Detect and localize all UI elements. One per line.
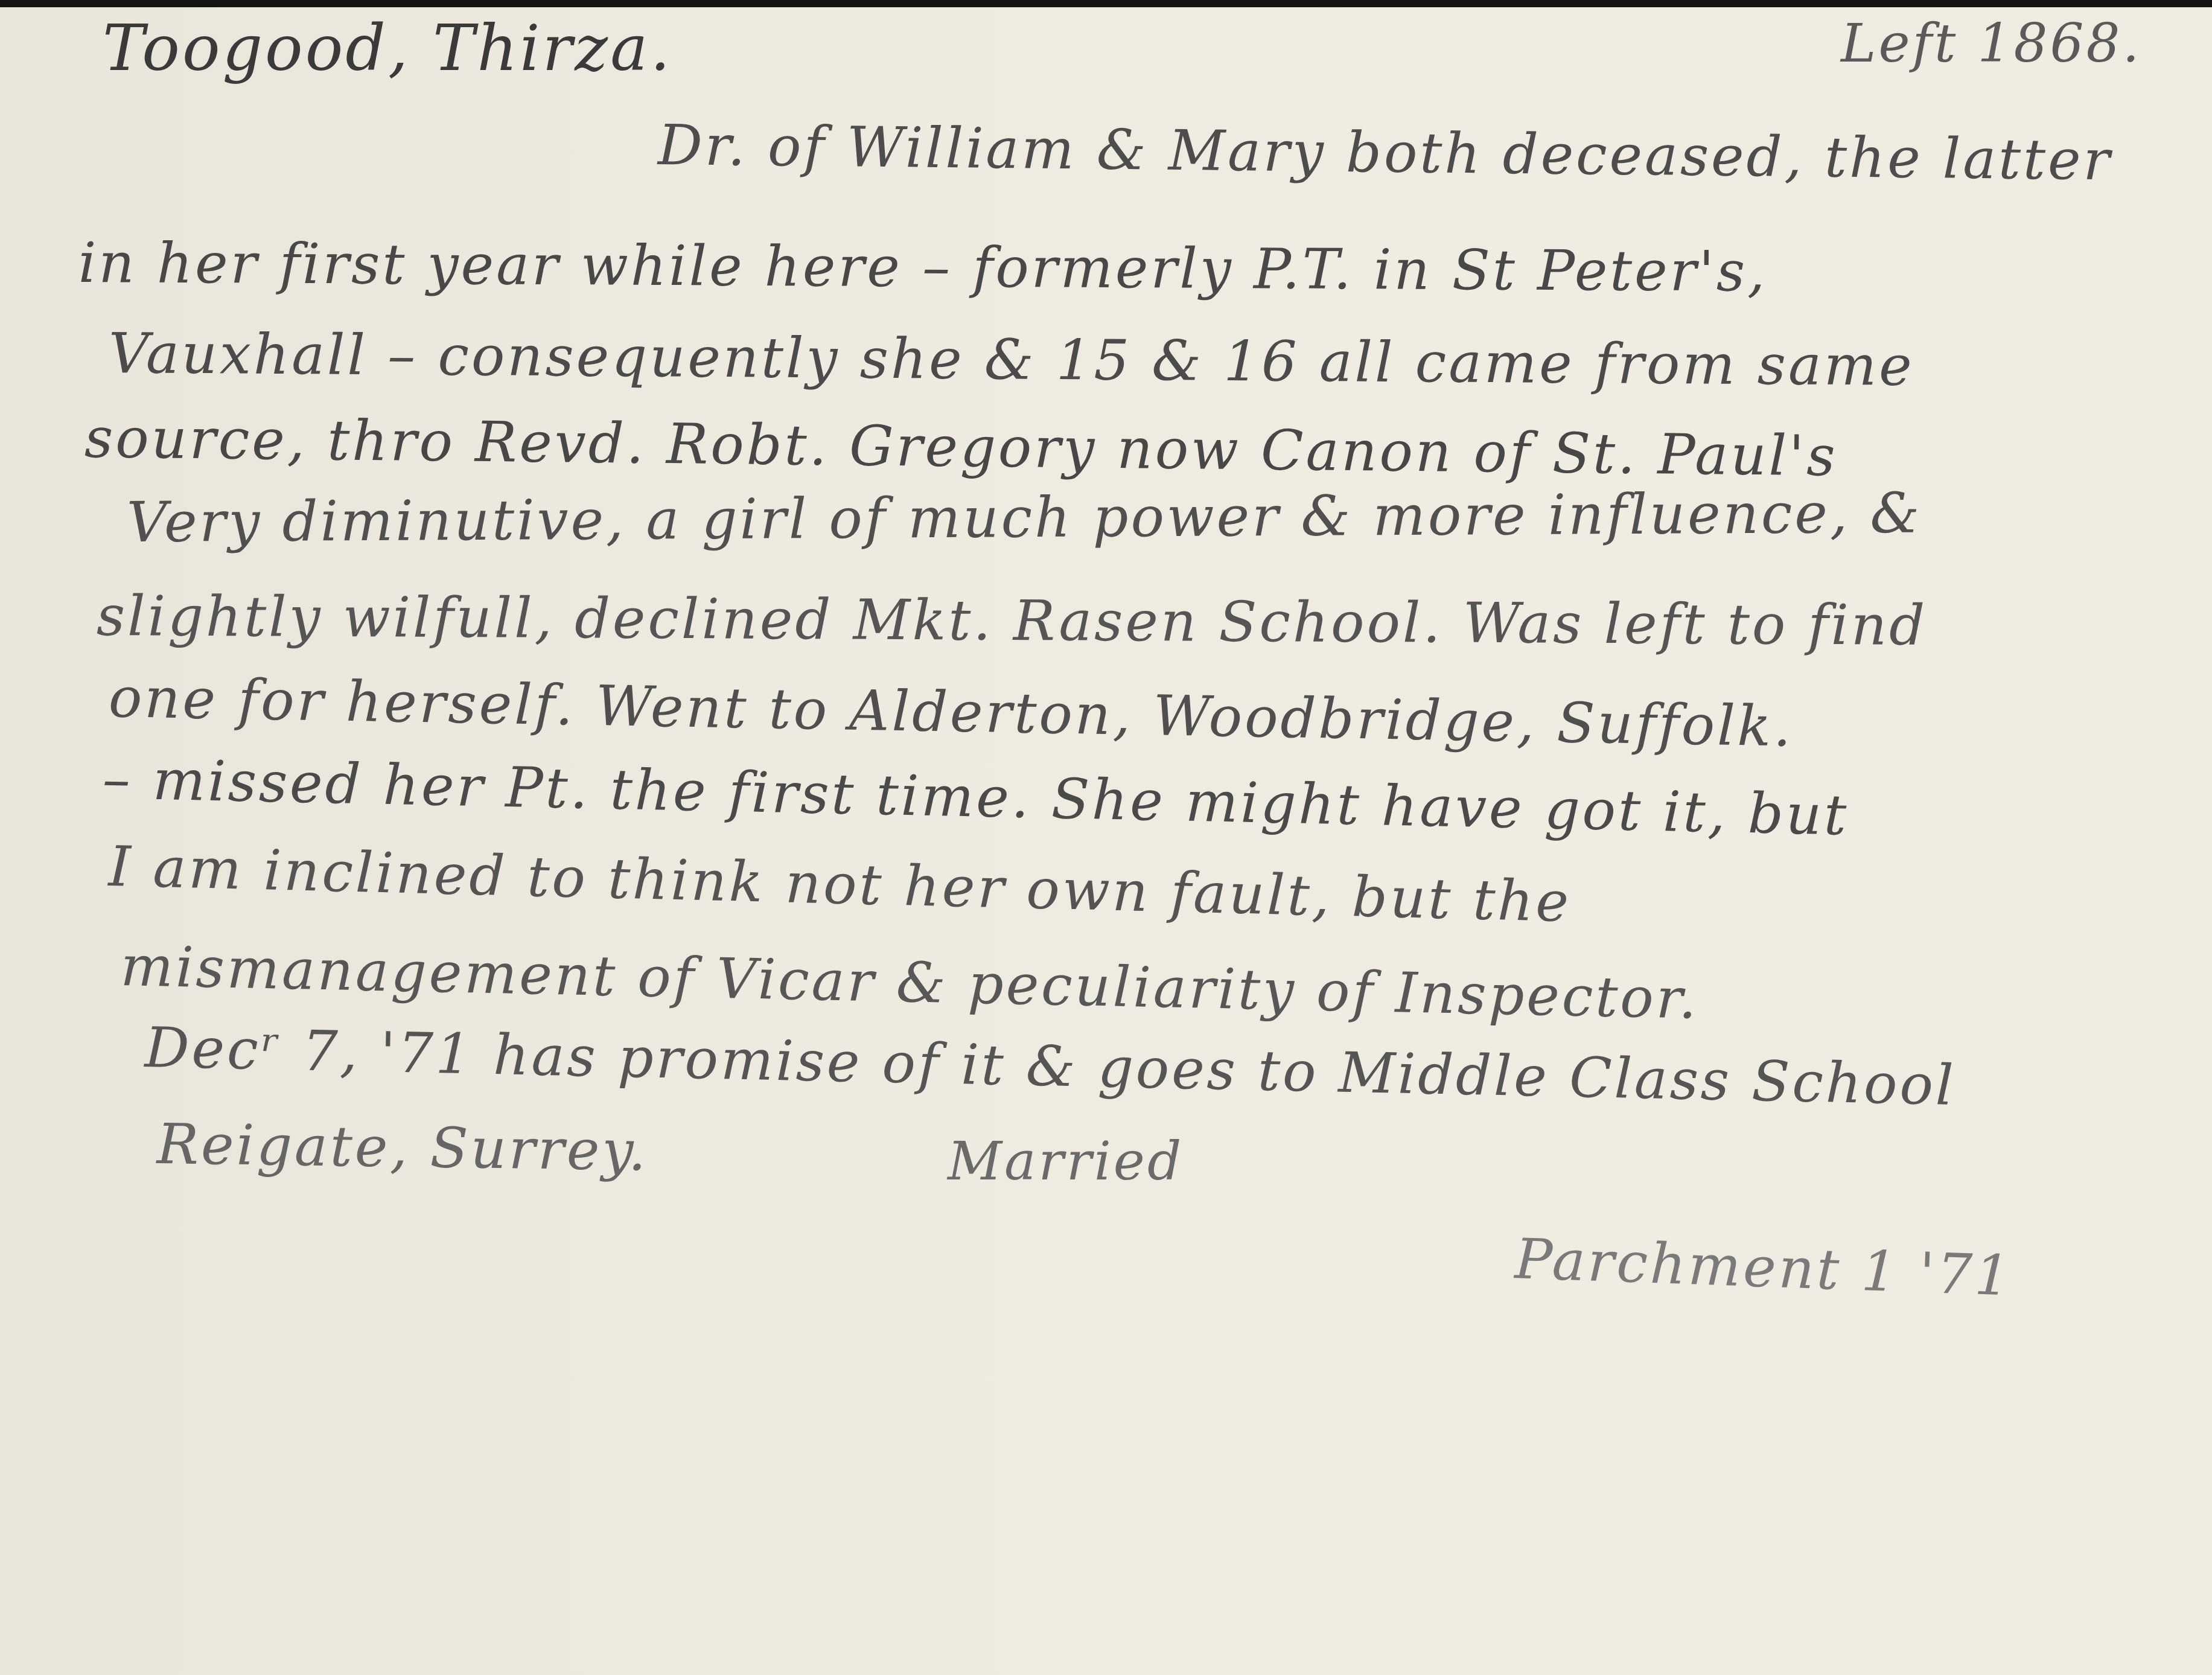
body-line-8: – missed her Pt. the first time. She mig… [102, 751, 1849, 844]
body-line-10: mismanagement of Vicar & peculiarity of … [120, 939, 1700, 1027]
body-line-6: slightly wilfull, declined Mkt. Rasen Sc… [97, 589, 1928, 654]
body-line-1: Dr. of William & Mary both deceased, the… [658, 118, 2112, 188]
body-line-9: I am inclined to think not her own fault… [108, 839, 1572, 930]
entry-name-heading: Toogood, Thirza. [103, 17, 672, 80]
body-line-2: in her first year while here – formerly … [78, 235, 1768, 300]
body-line-3: Vauxhall – consequently she & 15 & 16 al… [109, 326, 1914, 394]
document-page: Toogood, Thirza. Left 1868. Dr. of Willi… [0, 0, 2212, 1675]
parchment-footer-note: Parchment 1 '71 [1514, 1231, 2013, 1304]
left-date-note: Left 1868. [1841, 17, 2141, 70]
body-line-4: source, thro Revd. Robt. Gregory now Can… [84, 410, 1838, 484]
body-line-7: one for herself. Went to Alderton, Woodb… [108, 670, 1794, 755]
body-line-11: Decʳ 7, '71 has promise of it & goes to … [144, 1020, 1956, 1114]
married-status-note: Married [948, 1135, 1184, 1188]
body-line-5: Very diminutive, a girl of much power & … [127, 485, 1922, 550]
body-line-12: Reigate, Surrey. [156, 1117, 649, 1179]
scan-top-border [0, 0, 2212, 7]
